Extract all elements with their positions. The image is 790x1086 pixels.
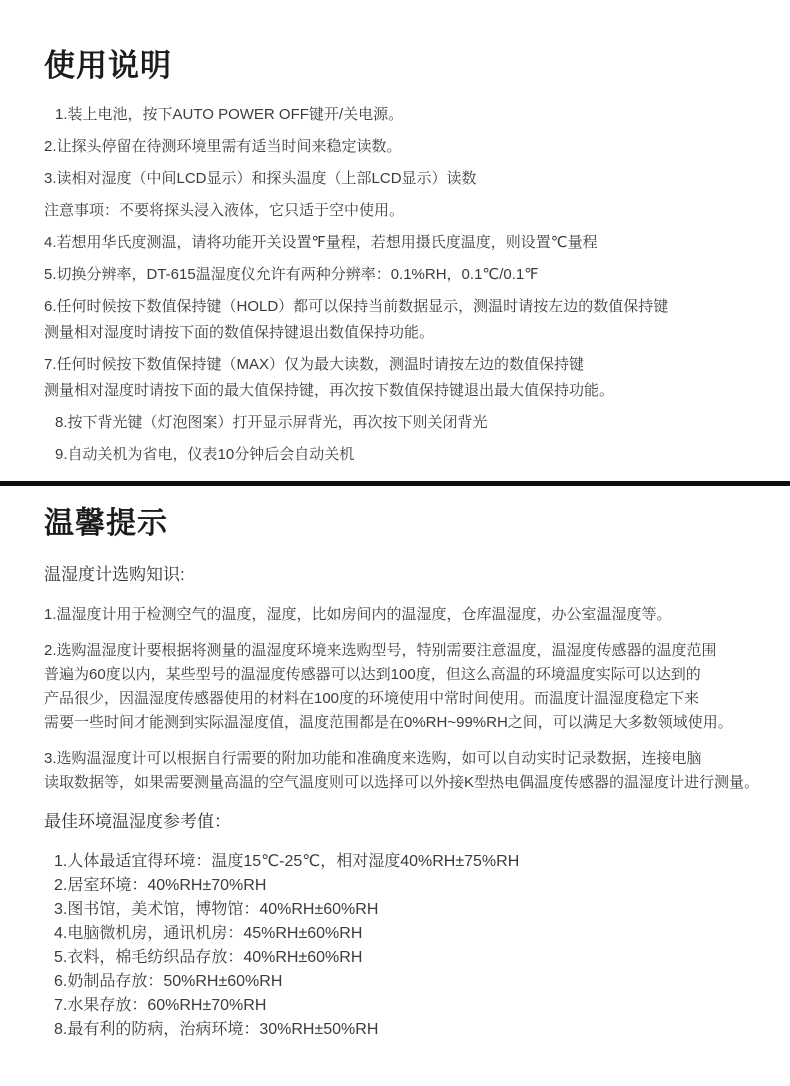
reference-list: 1.人体最适宜得环境：温度15℃-25℃，相对湿度40%RH±75%RH 2.居…: [44, 850, 770, 1042]
reference-line: 6.奶制品存放：50%RH±60%RH: [54, 970, 770, 994]
reference-subtitle: 最佳环境温湿度参考值：: [44, 809, 770, 835]
knowledge-line-continued: 读取数据等，如果需要测量高温的空气温度则可以选择可以外接K型热电偶温度传感器的温…: [44, 771, 770, 795]
usage-section-title: 使用说明: [44, 0, 770, 86]
instruction-line: 2.让探头停留在待测环境里需有适当时间来稳定读数。: [44, 134, 770, 160]
knowledge-paragraphs: 1.温湿度计用于检测空气的温度，湿度，比如房间内的温湿度，仓库温湿度，办公室温湿…: [44, 603, 770, 795]
instruction-line: 5.切换分辨率，DT-615温湿度仪允许有两种分辨率：0.1%RH，0.1℃/0…: [44, 262, 770, 288]
instruction-line: 1.装上电池，按下AUTO POWER OFF键开/关电源。: [44, 102, 770, 128]
reference-line: 3.图书馆，美术馆，博物馆：40%RH±60%RH: [54, 898, 770, 922]
usage-instruction-list: 1.装上电池，按下AUTO POWER OFF键开/关电源。 2.让探头停留在待…: [44, 102, 770, 468]
reference-line: 7.水果存放：60%RH±70%RH: [54, 994, 770, 1018]
knowledge-line: 3.选购温湿度计可以根据自行需要的附加功能和准确度来选购，如可以自动实时记录数据…: [44, 747, 770, 771]
instruction-line: 4.若想用华氏度测温，请将功能开关设置℉量程，若想用摄氏度温度，则设置℃量程: [44, 230, 770, 256]
knowledge-line-continued: 普遍为60度以内，某些型号的温湿度传感器可以达到100度，但这么高温的环境温度实…: [44, 663, 770, 687]
reference-line: 4.电脑微机房，通讯机房：45%RH±60%RH: [54, 922, 770, 946]
tips-section-title: 温馨提示: [44, 486, 770, 545]
knowledge-line: 2.选购温湿度计要根据将测量的温湿度环境来选购型号，特别需要注意温度，温湿度传感…: [44, 639, 770, 663]
reference-line: 8.最有利的防病，治病环境：30%RH±50%RH: [54, 1018, 770, 1042]
knowledge-line: 1.温湿度计用于检测空气的温度，湿度，比如房间内的温湿度，仓库温湿度，办公室温湿…: [44, 603, 770, 627]
instruction-line: 8.按下背光键（灯泡图案）打开显示屏背光，再次按下则关闭背光: [44, 410, 770, 436]
tips-section: 温馨提示 温湿度计选购知识: 1.温湿度计用于检测空气的温度，湿度，比如房间内的…: [0, 486, 790, 1042]
instruction-note-line: 注意事项：不要将探头浸入液体，它只适于空中使用。: [44, 198, 770, 224]
instruction-line: 9.自动关机为省电，仪表10分钟后会自动关机: [44, 442, 770, 468]
instruction-line: 6.任何时候按下数值保持键（HOLD）都可以保持当前数据显示，测温时请按左边的数…: [44, 294, 770, 320]
instruction-line-continued: 测量相对湿度时请按下面的最大值保持键，再次按下数值保持键退出最大值保持功能。: [44, 378, 770, 404]
reference-line: 5.衣料，棉毛纺织品存放：40%RH±60%RH: [54, 946, 770, 970]
reference-line: 1.人体最适宜得环境：温度15℃-25℃，相对湿度40%RH±75%RH: [54, 850, 770, 874]
instruction-line-continued: 测量相对湿度时请按下面的数值保持键退出数值保持功能。: [44, 320, 770, 346]
reference-line: 2.居室环境：40%RH±70%RH: [54, 874, 770, 898]
knowledge-line-continued: 产品很少，因温湿度传感器使用的材料在100度的环境使用中常时间使用。而温度计温湿…: [44, 687, 770, 711]
knowledge-subtitle: 温湿度计选购知识:: [44, 563, 770, 587]
instruction-line: 3.读相对湿度（中间LCD显示）和探头温度（上部LCD显示）读数: [44, 166, 770, 192]
product-description-page: 使用说明 1.装上电池，按下AUTO POWER OFF键开/关电源。 2.让探…: [0, 0, 790, 1086]
knowledge-line-continued: 需要一些时间才能测到实际温湿度值，温度范围都是在0%RH~99%RH之间，可以满…: [44, 711, 770, 735]
usage-section: 使用说明 1.装上电池，按下AUTO POWER OFF键开/关电源。 2.让探…: [0, 0, 790, 468]
instruction-line: 7.任何时候按下数值保持键（MAX）仅为最大读数，测温时请按左边的数值保持键: [44, 352, 770, 378]
